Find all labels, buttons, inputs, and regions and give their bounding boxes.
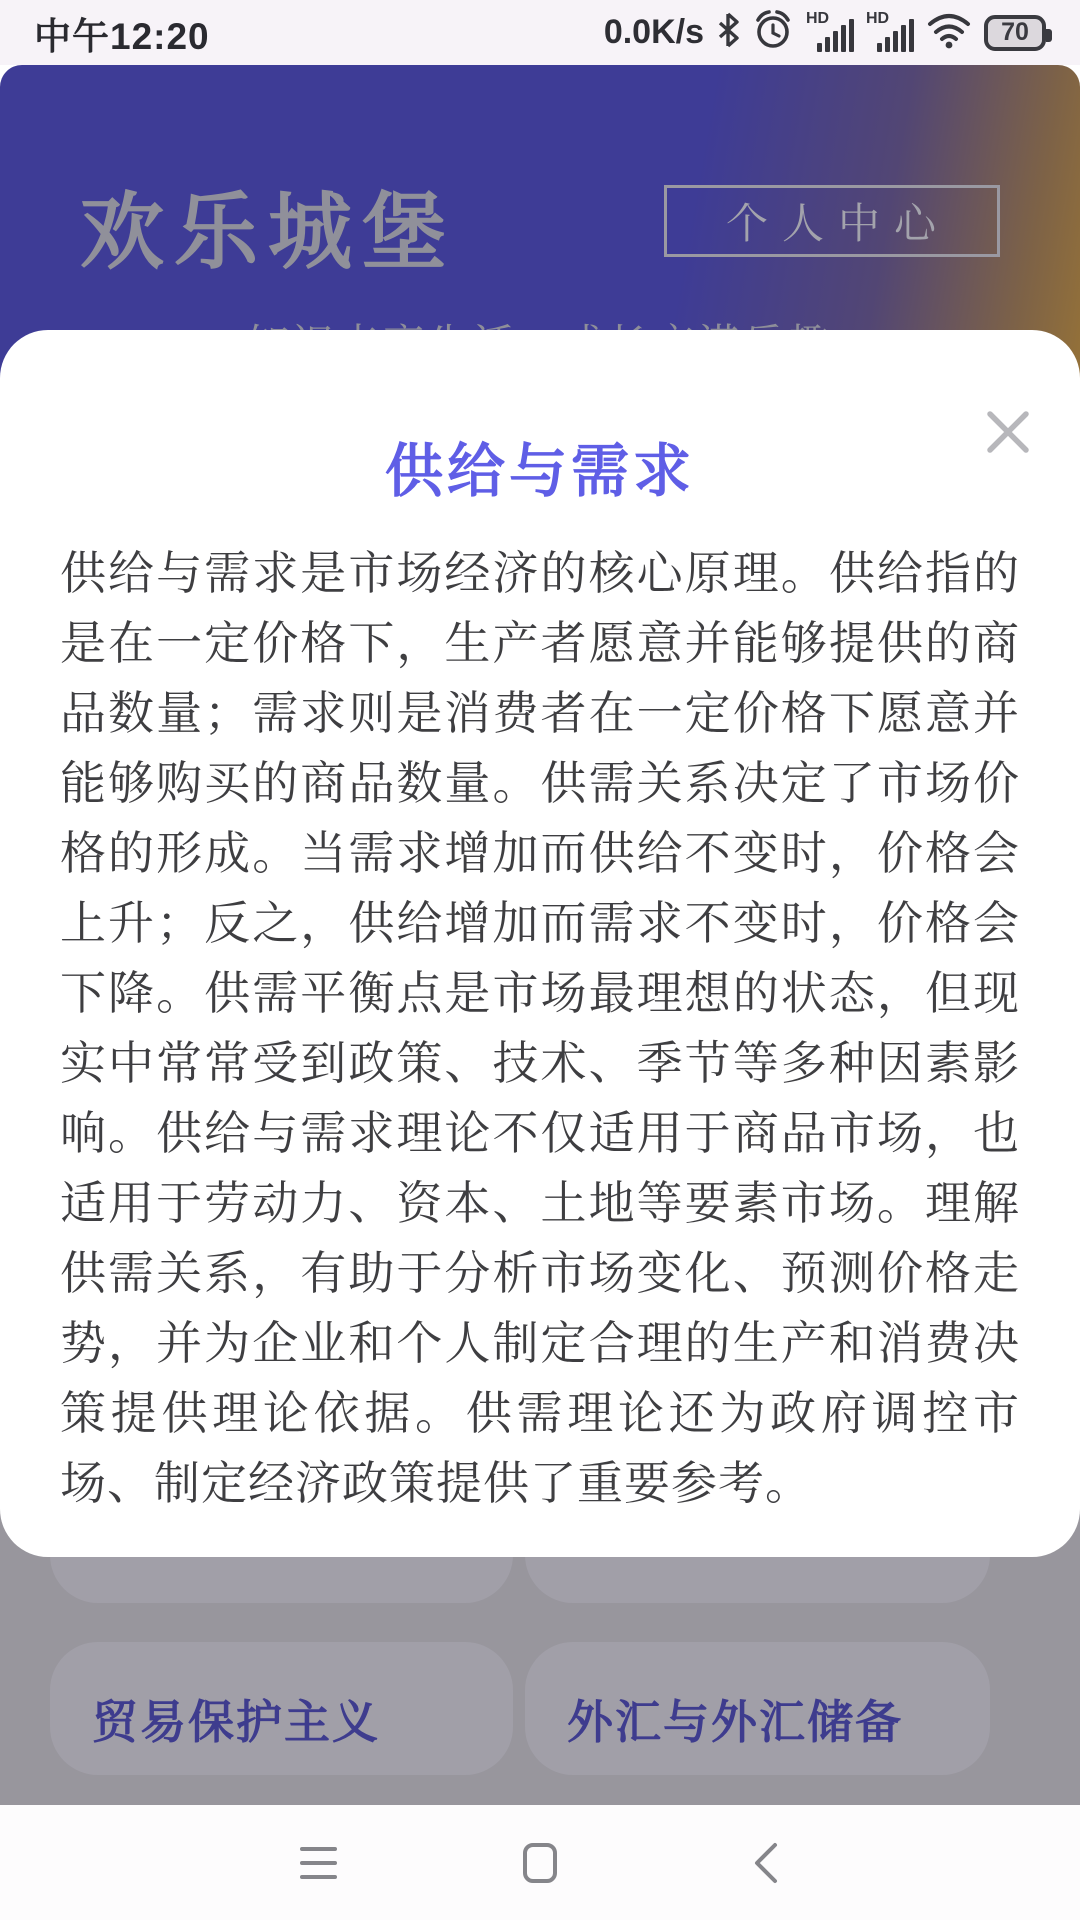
topic-detail-modal: 供给与需求 供给与需求是市场经济的核心原理。供给指的是在一定价格下，生产者愿意并… [0,330,1080,1557]
alarm-clock-icon [752,10,794,55]
phone-screen: 中午12:20 0.0K/s HD HD [0,0,1080,1920]
status-time: 中午12:20 [34,6,210,60]
menu-icon[interactable] [258,1805,378,1920]
topic-card-trade-protectionism[interactable]: 贸易保护主义 [50,1642,513,1775]
battery-icon: 70 [984,15,1046,51]
status-bar: 中午12:20 0.0K/s HD HD [0,0,1080,65]
wifi-icon [926,11,972,54]
cell-signal-hd-icon: HD [806,12,854,54]
app-title: 欢乐城堡 [80,165,456,286]
system-nav-bar [0,1805,1080,1920]
modal-title: 供给与需求 [0,330,1080,508]
close-icon[interactable] [978,402,1038,462]
status-icons: 0.0K/s HD HD [604,10,1046,55]
profile-center-button[interactable]: 个人中心 [664,185,1000,257]
network-speed: 0.0K/s [604,13,704,52]
cell-signal-hd-icon-2: HD [866,12,914,54]
topic-card-label: 外汇与外汇储备 [525,1642,990,1752]
home-square-icon[interactable] [480,1805,600,1920]
modal-body-text: 供给与需求是市场经济的核心原理。供给指的是在一定价格下，生产者愿意并能够提供的商… [60,538,1020,1518]
back-chevron-icon[interactable] [706,1805,826,1920]
topic-card-label: 贸易保护主义 [50,1642,513,1752]
battery-percent: 70 [1001,18,1029,47]
bluetooth-icon [716,12,740,53]
topic-card-foreign-exchange[interactable]: 外汇与外汇储备 [525,1642,990,1775]
